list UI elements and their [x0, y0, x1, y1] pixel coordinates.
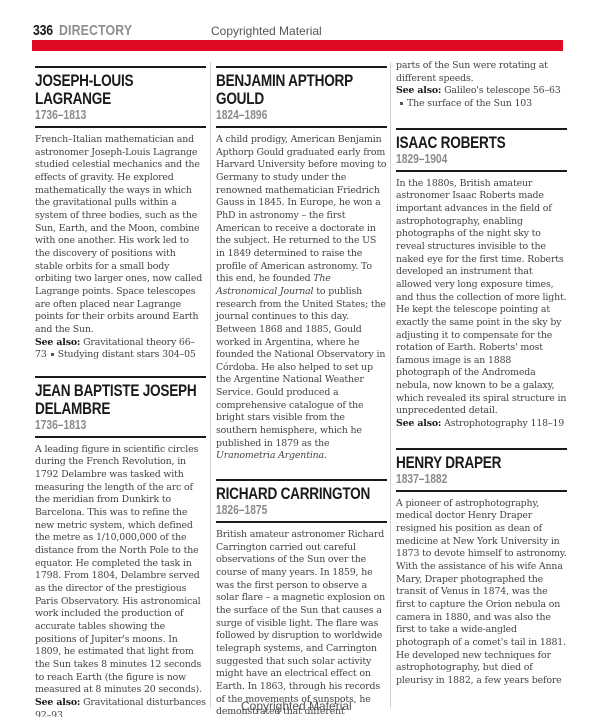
entry-dates: 1829–1904 [396, 152, 567, 166]
see-also-label: See also: [396, 418, 441, 429]
entry-body: A leading figure in scientific circles d… [35, 444, 206, 717]
entry-name: BENJAMIN APTHORP GOULD [216, 72, 387, 108]
entry-rule-bottom [396, 490, 567, 492]
bullet-icon [51, 353, 54, 356]
entry-body: A pioneer of astrophotography, medical d… [396, 498, 567, 688]
bullet-icon [400, 102, 403, 105]
entry-text: French–Italian mathematician and astrono… [35, 134, 202, 335]
entry-text: A leading figure in scientific circles d… [35, 444, 202, 695]
entry-rule-top [216, 66, 387, 68]
entry-roberts: ISAAC ROBERTS 1829–1904 In the 1880s, Br… [396, 128, 567, 431]
entry-name: JOSEPH-LOUIS LAGRANGE [35, 72, 206, 108]
entry-name: JEAN BAPTISTE JOSEPH DELAMBRE [35, 382, 206, 418]
column-2: BENJAMIN APTHORP GOULD 1824–1896 A child… [216, 66, 387, 717]
copyright-watermark-top: Copyrighted Material [211, 24, 322, 38]
column-1: JOSEPH-LOUIS LAGRANGE 1736–1813 French–I… [35, 66, 206, 717]
entry-continued-carrington: parts of the Sun were rotating at differ… [396, 60, 567, 111]
entry-rule-top [216, 479, 387, 481]
entry-body: British amateur astronomer Richard Carri… [216, 529, 387, 717]
entry-dates: 1837–1882 [396, 472, 567, 486]
entry-dates: 1736–1813 [35, 108, 206, 122]
entry-text: A pioneer of astrophotography, medical d… [396, 498, 567, 686]
entry-text: parts of the Sun were rotating at differ… [396, 60, 548, 84]
see-also-label: See also: [35, 337, 80, 348]
entry-text: In the 1880s, British amateur astronomer… [396, 178, 566, 417]
entry-rule-top [396, 448, 567, 450]
entry-name: ISAAC ROBERTS [396, 134, 567, 152]
see-also-label: See also: [396, 85, 441, 96]
entry-name: RICHARD CARRINGTON [216, 485, 387, 503]
column-3: parts of the Sun were rotating at differ… [396, 60, 567, 688]
section-title: DIRECTORY [59, 22, 132, 39]
entry-delambre: JEAN BAPTISTE JOSEPH DELAMBRE 1736–1813 … [35, 376, 206, 717]
column-divider [210, 62, 211, 708]
entry-name: HENRY DRAPER [396, 454, 567, 472]
see-also-ref: The surface of the Sun 103 [407, 98, 532, 109]
entry-carrington: RICHARD CARRINGTON 1826–1875 British ama… [216, 479, 387, 717]
entry-dates: 1736–1813 [35, 418, 206, 432]
see-also-ref: Galileo's telescope 56–63 [444, 85, 561, 96]
entry-rule-bottom [216, 126, 387, 128]
entry-dates: 1826–1875 [216, 503, 387, 517]
entry-gould: BENJAMIN APTHORP GOULD 1824–1896 A child… [216, 66, 387, 463]
see-also-ref: Studying distant stars 304–05 [58, 349, 196, 360]
see-also-ref: Astrophotography 118–19 [444, 418, 564, 429]
entry-rule-top [35, 66, 206, 68]
entry-rule-bottom [216, 521, 387, 523]
entry-text: British amateur astronomer Richard Carri… [216, 529, 385, 717]
column-divider [390, 62, 391, 708]
catalogue-title: Uranometria Argentina [216, 450, 324, 461]
entry-draper: HENRY DRAPER 1837–1882 A pioneer of astr… [396, 448, 567, 688]
red-accent-bar [32, 40, 563, 51]
entry-text: A child prodigy, American Benjamin Aptho… [216, 134, 386, 284]
entry-body: In the 1880s, British amateur astronomer… [396, 178, 567, 431]
entry-rule-top [35, 376, 206, 378]
entry-rule-top [396, 128, 567, 130]
entry-rule-bottom [35, 436, 206, 438]
entry-body: French–Italian mathematician and astrono… [35, 134, 206, 362]
entry-lagrange: JOSEPH-LOUIS LAGRANGE 1736–1813 French–I… [35, 66, 206, 362]
entry-rule-bottom [396, 170, 567, 172]
see-also-label: See also: [35, 697, 80, 708]
entry-body: A child prodigy, American Benjamin Aptho… [216, 134, 387, 463]
entry-dates: 1824–1896 [216, 108, 387, 122]
entry-text: to publish research from the United Stat… [216, 286, 386, 449]
page-number: 336 [33, 22, 53, 39]
entry-rule-bottom [35, 126, 206, 128]
copyright-watermark-bottom: Copyrighted Material [241, 699, 352, 713]
